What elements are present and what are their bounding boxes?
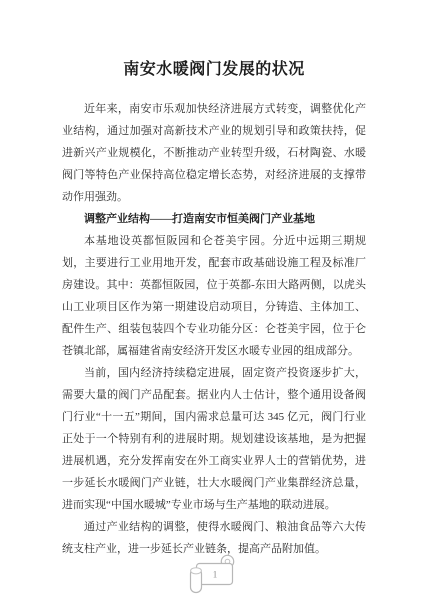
scroll-page-number-icon: 1 <box>187 552 237 594</box>
page-title: 南安水暖阀门发展的状况 <box>62 56 366 79</box>
section-subheading: 调整产业结构——打造南安市恒美阀门产业基地 <box>62 208 366 230</box>
page-number: 1 <box>213 570 218 580</box>
paragraph-intro: 近年来，南安市乐观加快经济进展方式转变，调整优化产业结构，通过加强对高新技术产业… <box>62 98 366 208</box>
document-page: 南安水暖阀门发展的状况 近年来，南安市乐观加快经济进展方式转变，调整优化产业结构… <box>0 0 424 600</box>
page-footer: 1 <box>0 552 424 594</box>
paragraph-base-plan: 本基地设英都恒阪园和仑苍美宇园。分近中远期三期规划，主要进行工业用地开发，配套市… <box>62 230 366 362</box>
paragraph-market-outlook: 当前，国内经济持续稳定进展，固定资产投资逐步扩大，需要大量的阀门产品配套。据业内… <box>62 362 366 516</box>
